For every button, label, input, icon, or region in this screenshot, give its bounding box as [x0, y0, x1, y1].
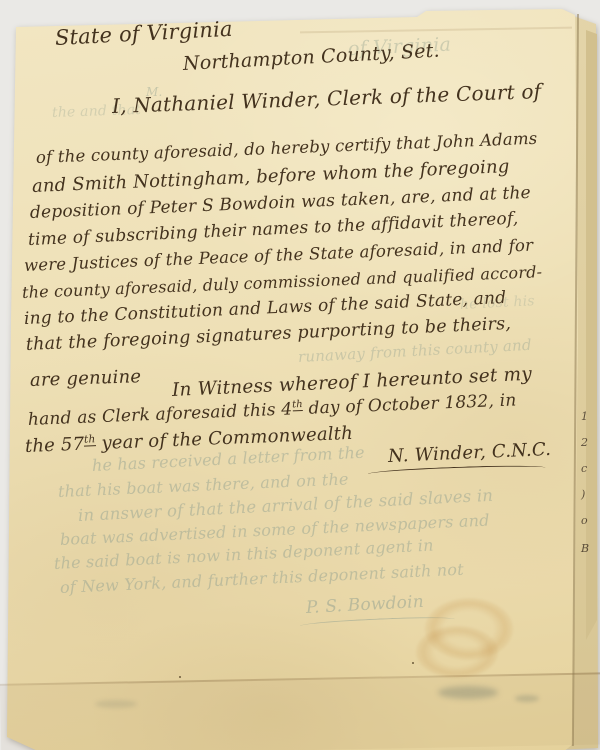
ink-speck	[179, 676, 181, 678]
ordinal-superscript: th	[292, 399, 303, 411]
closing-year-text: the 57	[25, 434, 85, 457]
edge-mark: 2	[581, 436, 588, 449]
edge-mark: c	[581, 462, 587, 475]
edge-mark: o	[581, 514, 588, 527]
edge-mark: 1	[581, 410, 588, 423]
edge-mark: )	[581, 488, 585, 501]
ink-speck	[412, 662, 414, 664]
edge-mark: B	[581, 542, 589, 555]
ordinal-superscript: th	[84, 433, 96, 446]
below-fold-shading	[0, 674, 600, 750]
document-photo: of Virginia M. the and that runaway from…	[0, 0, 600, 750]
manuscript-line: are genuine	[30, 368, 142, 390]
